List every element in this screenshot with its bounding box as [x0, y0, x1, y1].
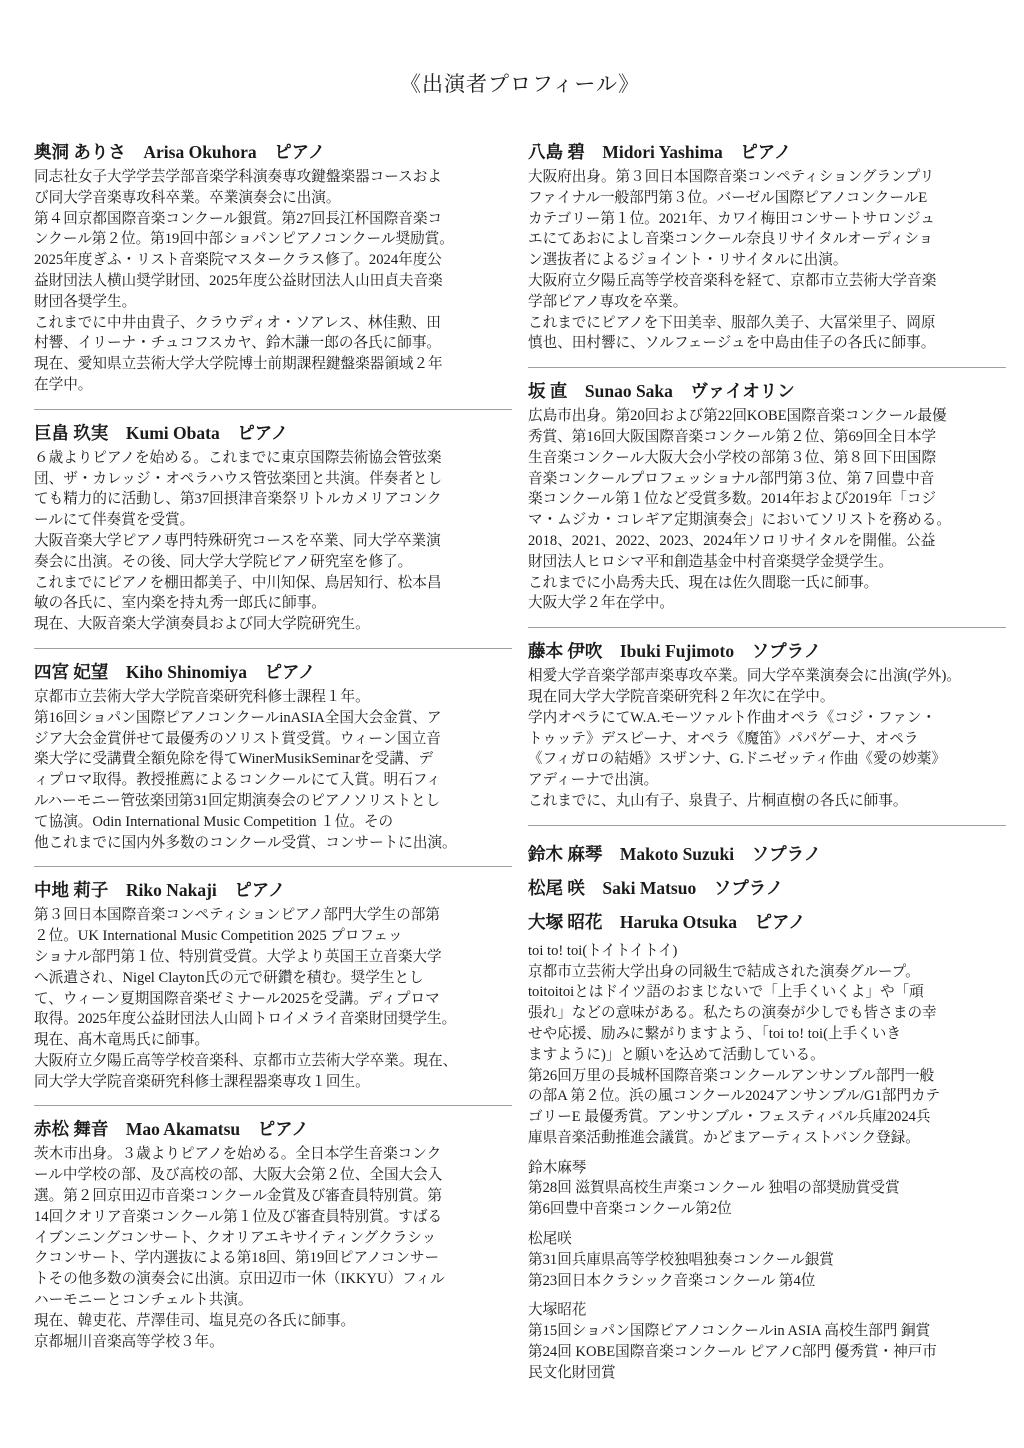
page-title: 《出演者プロフィール》	[34, 68, 1006, 98]
member-otsuka: 大塚昭花 第15回ショパン国際ピアノコンクールin ASIA 高校生部門 銅賞 …	[528, 1300, 1006, 1383]
profile-heading-matsuo: 松尾 咲 Saki Matsuo ソプラノ	[528, 871, 1006, 905]
profile-body: 茨木市出身。３歳よりピアノを始める。全日本学生音楽コンク ール中学校の部、及び高…	[34, 1144, 512, 1352]
profile-saka: 坂 直 Sunao Saka ヴァイオリン 広島市出身。第20回および第22回K…	[528, 379, 1006, 614]
member-name: 松尾咲	[528, 1229, 1006, 1250]
member-achievements: 第15回ショパン国際ピアノコンクールin ASIA 高校生部門 銅賞 第24回 …	[528, 1321, 1006, 1383]
profile-okuhora: 奥洞 ありさ Arisa Okuhora ピアノ 同志社女子大学学芸学部音楽学科…	[34, 140, 512, 396]
profile-body: ６歳よりピアノを始める。これまでに東京国際芸術協会管弦楽 団、ザ・カレッジ・オペ…	[34, 448, 512, 635]
profile-body: 同志社女子大学学芸学部音楽学科演奏専攻鍵盤楽器コースおよ び同大学音楽専攻科卒業…	[34, 167, 512, 396]
profile-group-toitoitoi: 鈴木 麻琴 Makoto Suzuki ソプラノ 松尾 咲 Saki Matsu…	[528, 837, 1006, 1384]
profile-body: 第３回日本国際音楽コンペティションピアノ部門大学生の部第 ２位。UK Inter…	[34, 905, 512, 1092]
section-divider	[528, 627, 1006, 628]
columns: 奥洞 ありさ Arisa Okuhora ピアノ 同志社女子大学学芸学部音楽学科…	[34, 140, 1006, 1384]
profile-shinomiya: 四宮 妃望 Kiho Shinomiya ピアノ 京都市立芸術大学大学院音楽研究…	[34, 660, 512, 853]
member-name: 大塚昭花	[528, 1300, 1006, 1321]
profile-body: 大阪府出身。第３回日本国際音楽コンペティショングランプリ ファイナル一般部門第３…	[528, 167, 1006, 354]
section-divider	[34, 1105, 512, 1106]
member-name: 鈴木麻琴	[528, 1158, 1006, 1179]
right-column: 八島 碧 Midori Yashima ピアノ 大阪府出身。第３回日本国際音楽コ…	[528, 140, 1006, 1384]
profile-heading: 八島 碧 Midori Yashima ピアノ	[528, 140, 1006, 164]
group-body: toi to! toi(トイトイトイ) 京都市立芸術大学出身の同級生で結成された…	[528, 941, 1006, 1149]
member-suzuki: 鈴木麻琴 第28回 滋賀県高校生声楽コンクール 独唱の部奨励賞受賞 第6回豊中音…	[528, 1158, 1006, 1220]
profile-nakaji: 中地 莉子 Riko Nakaji ピアノ 第３回日本国際音楽コンペティションピ…	[34, 878, 512, 1092]
profile-body: 相愛大学音楽学部声楽専攻卒業。同大学卒業演奏会に出演(学外)。 現在同大学大学院…	[528, 666, 1006, 812]
profile-heading: 中地 莉子 Riko Nakaji ピアノ	[34, 878, 512, 902]
member-achievements: 第28回 滋賀県高校生声楽コンクール 独唱の部奨励賞受賞 第6回豊中音楽コンクー…	[528, 1178, 1006, 1220]
profile-yashima: 八島 碧 Midori Yashima ピアノ 大阪府出身。第３回日本国際音楽コ…	[528, 140, 1006, 354]
member-matsuo: 松尾咲 第31回兵庫県高等学校独唱独奏コンクール銀賞 第23回日本クラシック音楽…	[528, 1229, 1006, 1291]
profile-body: 広島市出身。第20回および第22回KOBE国際音楽コンクール最優 秀賞、第16回…	[528, 406, 1006, 614]
profile-body: 京都市立芸術大学大学院音楽研究科修士課程１年。 第16回ショパン国際ピアノコンク…	[34, 687, 512, 853]
profile-heading: 四宮 妃望 Kiho Shinomiya ピアノ	[34, 660, 512, 684]
profile-obata: 巨畠 玖実 Kumi Obata ピアノ ６歳よりピアノを始める。これまでに東京…	[34, 421, 512, 635]
profile-heading: 巨畠 玖実 Kumi Obata ピアノ	[34, 421, 512, 445]
section-divider	[34, 648, 512, 649]
profile-heading: 藤本 伊吹 Ibuki Fujimoto ソプラノ	[528, 639, 1006, 663]
section-divider	[34, 866, 512, 867]
profile-akamatsu: 赤松 舞音 Mao Akamatsu ピアノ 茨木市出身。３歳よりピアノを始める…	[34, 1117, 512, 1352]
profile-heading: 赤松 舞音 Mao Akamatsu ピアノ	[34, 1117, 512, 1141]
profile-fujimoto: 藤本 伊吹 Ibuki Fujimoto ソプラノ 相愛大学音楽学部声楽専攻卒業…	[528, 639, 1006, 812]
profile-heading-otsuka: 大塚 昭花 Haruka Otsuka ピアノ	[528, 905, 1006, 939]
profile-heading-suzuki: 鈴木 麻琴 Makoto Suzuki ソプラノ	[528, 837, 1006, 871]
left-column: 奥洞 ありさ Arisa Okuhora ピアノ 同志社女子大学学芸学部音楽学科…	[34, 140, 512, 1352]
profile-heading: 奥洞 ありさ Arisa Okuhora ピアノ	[34, 140, 512, 164]
profile-heading: 坂 直 Sunao Saka ヴァイオリン	[528, 379, 1006, 403]
section-divider	[34, 409, 512, 410]
performer-profile-page: 《出演者プロフィール》 奥洞 ありさ Arisa Okuhora ピアノ 同志社…	[0, 0, 1024, 1448]
section-divider	[528, 367, 1006, 368]
member-achievements: 第31回兵庫県高等学校独唱独奏コンクール銀賞 第23回日本クラシック音楽コンクー…	[528, 1250, 1006, 1292]
section-divider	[528, 825, 1006, 826]
